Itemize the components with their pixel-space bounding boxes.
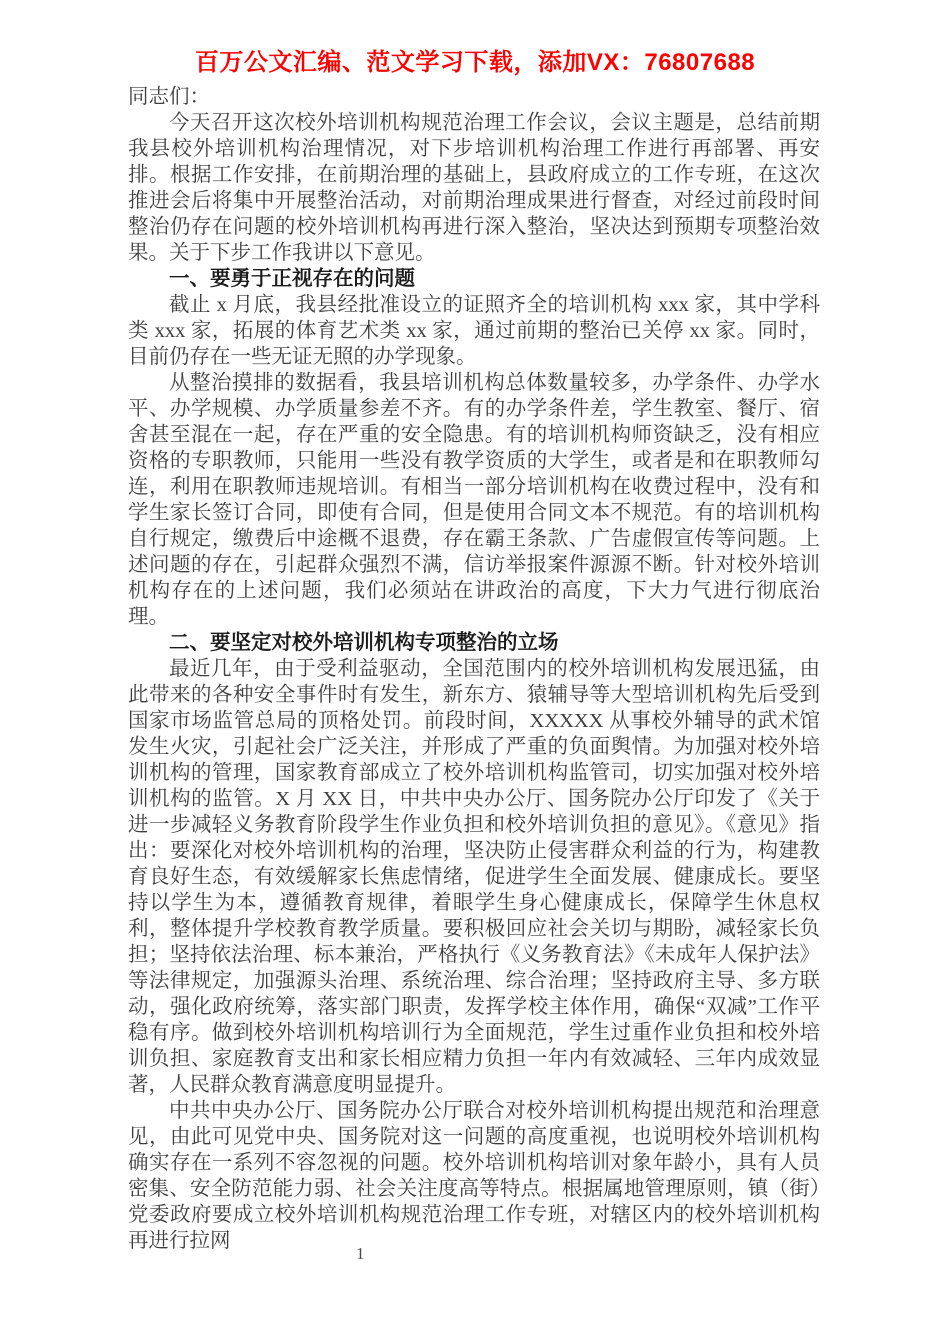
section-1-paragraph-2: 从整治摸排的数据看，我县培训机构总体数量较多，办学条件、办学水平、办学规模、办学…: [128, 370, 820, 630]
salutation: 同志们：: [128, 84, 820, 110]
section-2-heading: 二、要坚定对校外培训机构专项整治的立场: [128, 630, 820, 656]
section-1-heading: 一、要勇于正视存在的问题: [128, 266, 820, 292]
section-1-paragraph-1: 截止 x 月底，我县经批准设立的证照齐全的培训机构 xxx 家，其中学科类 xx…: [128, 292, 820, 370]
opening-paragraph: 今天召开这次校外培训机构规范治理工作会议，会议主题是，总结前期我县校外培训机构治…: [128, 110, 820, 266]
section-2-paragraph-2: 中共中央办公厅、国务院办公厅联合对校外培训机构提出规范和治理意见，由此可见党中央…: [128, 1098, 820, 1254]
promo-banner: 百万公文汇编、范文学习下载，添加VX：76807688: [0, 42, 950, 77]
section-2-paragraph-1: 最近几年，由于受利益驱动，全国范围内的校外培训机构发展迅猛，由此带来的各种安全事…: [128, 656, 820, 1098]
document-page: 百万公文汇编、范文学习下载，添加VX：76807688 同志们： 今天召开这次校…: [0, 0, 950, 1344]
page-number: 1: [356, 1244, 365, 1264]
document-body: 同志们： 今天召开这次校外培训机构规范治理工作会议，会议主题是，总结前期我县校外…: [128, 84, 820, 1254]
